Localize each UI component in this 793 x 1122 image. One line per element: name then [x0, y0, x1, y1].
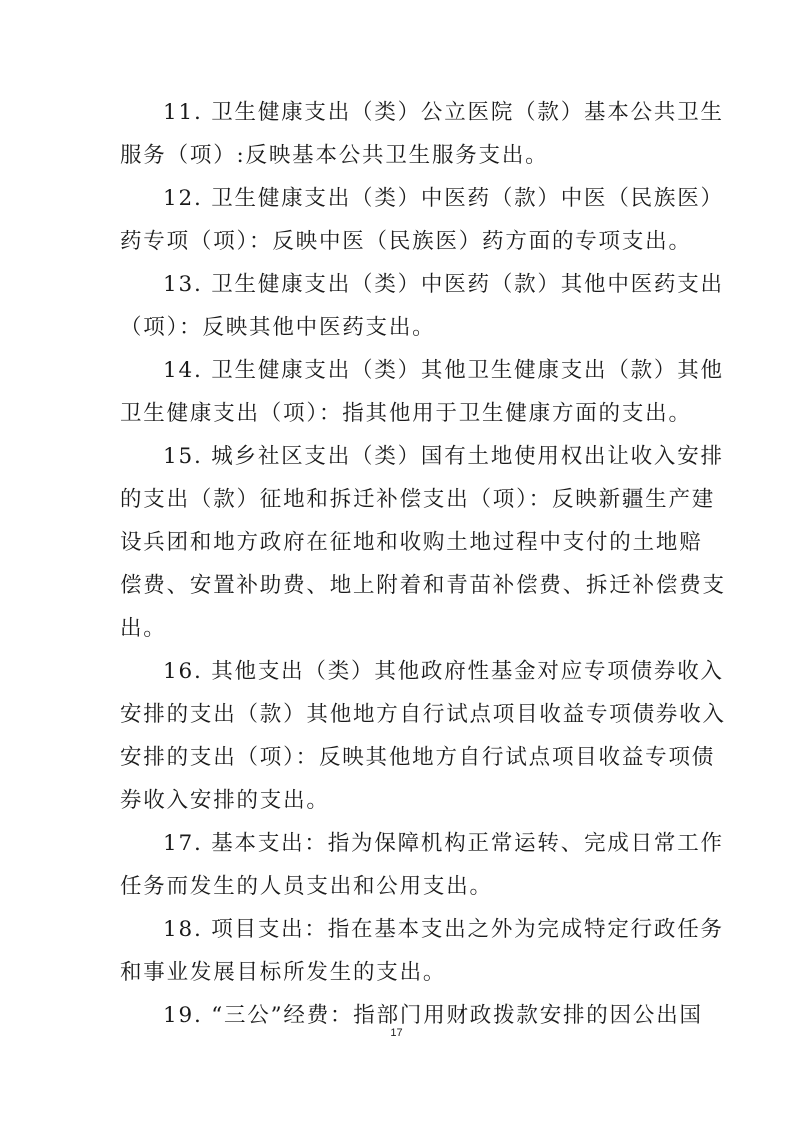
- text-line: 和事业发展目标所发生的支出。: [120, 958, 446, 988]
- text-line-item-16: 16. 其他支出（类）其他政府性基金对应专项债券收入: [163, 657, 724, 687]
- text-line: 任务而发生的人员支出和公用支出。: [120, 872, 493, 902]
- text-line: 券收入安排的支出。: [120, 786, 330, 816]
- text-line-item-14: 14. 卫生健康支出（类）其他卫生健康支出（款）其他: [163, 356, 724, 386]
- text-line: 出。: [120, 614, 167, 644]
- text-line-item-12: 12. 卫生健康支出（类）中医药（款）中医（民族医）: [163, 184, 724, 214]
- text-line: 药专项（项）：反映中医（民族医）药方面的专项支出。: [120, 227, 692, 257]
- text-line: （项）：反映其他中医药支出。: [120, 313, 435, 343]
- text-line: 服务（项）:反映基本公共卫生服务支出。: [120, 141, 548, 171]
- text-line: 的支出（款）征地和拆迁补偿支出（项）：反映新疆生产建: [120, 485, 715, 515]
- text-line-item-18: 18. 项目支出：指在基本支出之外为完成特定行政任务: [163, 915, 724, 945]
- text-line: 安排的支出（款）其他地方自行试点项目收益专项债券收入: [120, 700, 726, 730]
- text-line: 偿费、安置补助费、地上附着和青苗补偿费、拆迁补偿费支: [120, 571, 726, 601]
- text-line-item-13: 13. 卫生健康支出（类）中医药（款）其他中医药支出: [163, 270, 724, 300]
- text-line-item-17: 17. 基本支出：指为保障机构正常运转、完成日常工作: [163, 829, 724, 859]
- text-line-item-11: 11. 卫生健康支出（类）公立医院（款）基本公共卫生: [163, 98, 724, 128]
- page-number: 17: [0, 1027, 793, 1039]
- text-line-item-15: 15. 城乡社区支出（类）国有土地使用权出让收入安排: [163, 442, 724, 472]
- text-line: 安排的支出（项）：反映其他地方自行试点项目收益专项债: [120, 743, 715, 773]
- text-line: 卫生健康支出（项）：指其他用于卫生健康方面的支出。: [120, 399, 692, 429]
- text-line: 设兵团和地方政府在征地和收购土地过程中支付的土地赔: [120, 528, 703, 558]
